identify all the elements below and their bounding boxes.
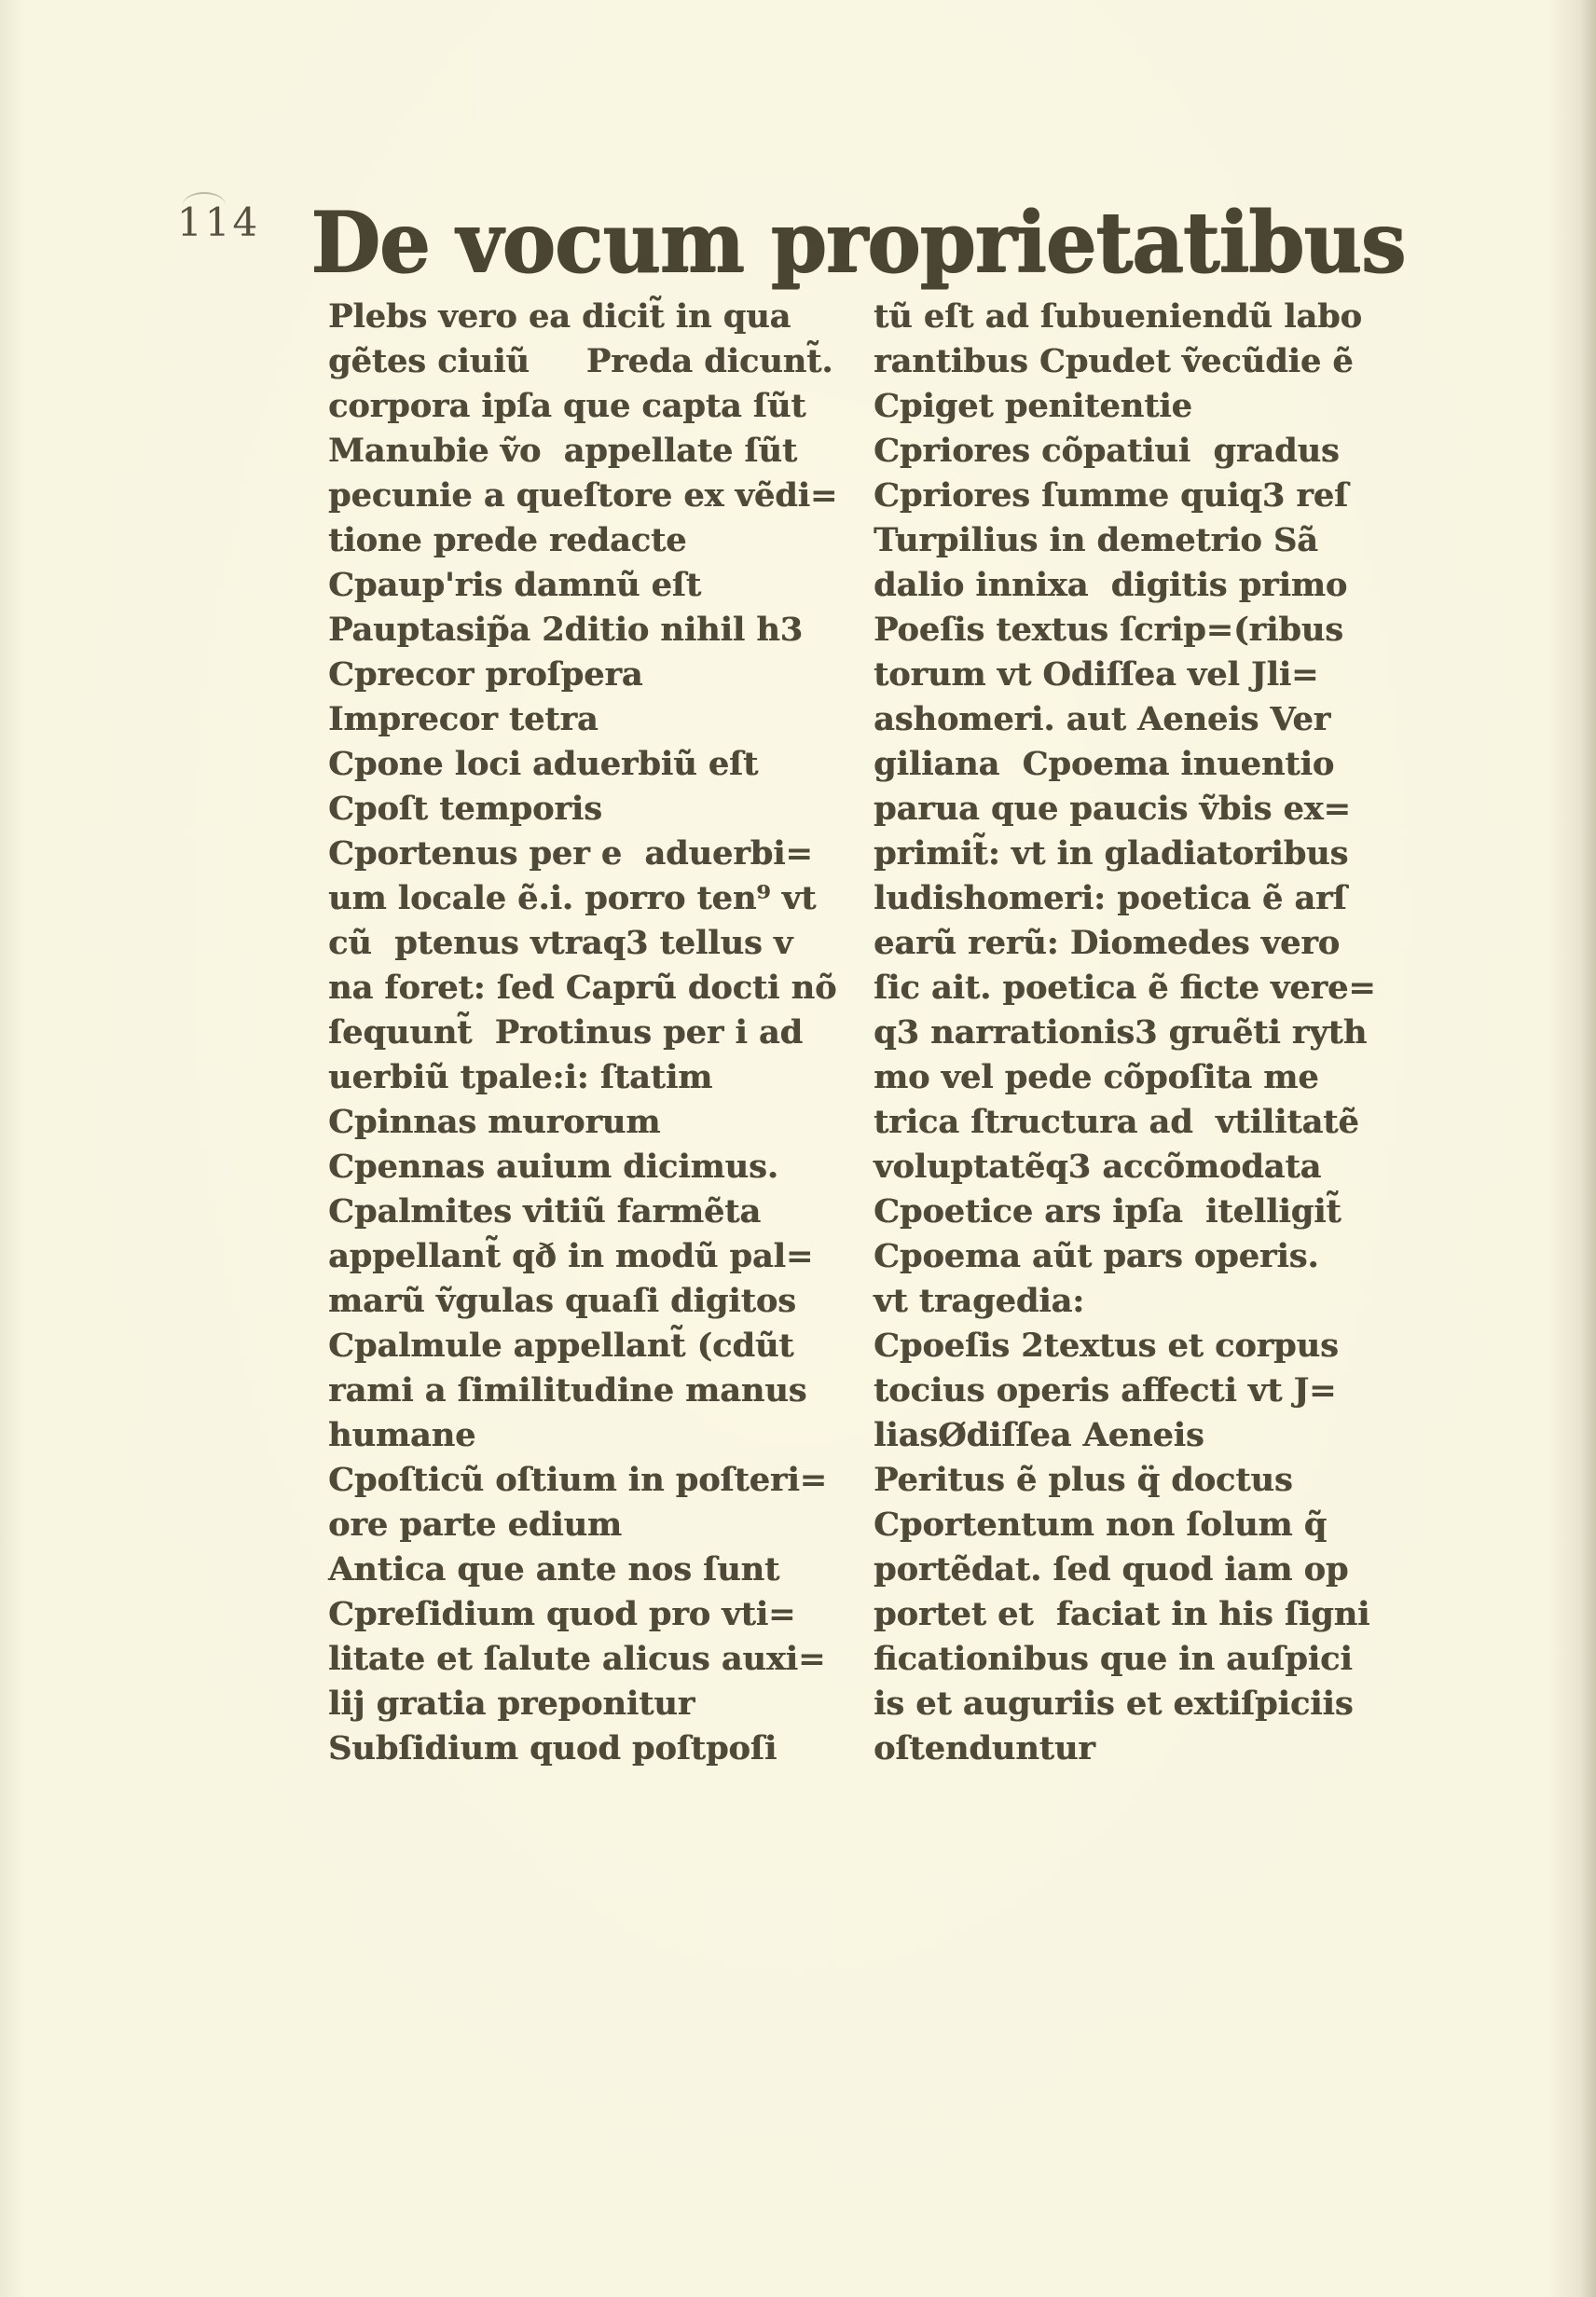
text-line: Cpoema aũt pars operis. xyxy=(874,1234,1417,1279)
text-line: Subſidium quod poſtpoſi xyxy=(328,1726,874,1771)
text-line: Cpennas auium dicimus. xyxy=(328,1145,874,1190)
text-line: corpora ipſa que capta ſũt xyxy=(328,384,874,429)
text-line: Antica que ante nos ſunt xyxy=(328,1547,874,1592)
text-line: giliana Cpoema inuentio xyxy=(874,742,1417,787)
text-line: ludishomeri: poetica ẽ arſ xyxy=(874,876,1417,921)
text-line: portẽdat. ſed quod iam op xyxy=(874,1547,1417,1592)
text-line: earũ rerũ: Diomedes vero xyxy=(874,921,1417,966)
text-line: portet et faciat in his ſigni xyxy=(874,1592,1417,1637)
text-line: Plebs vero ea dicit̃ in qua xyxy=(328,295,874,339)
incunabulum-page-scan: 114 De vocum proprietatibus Plebs vero e… xyxy=(0,0,1596,2297)
text-line: ſic ait. poetica ẽ ficte vere= xyxy=(874,966,1417,1011)
text-line: Cpaup'ris damnũ eſt xyxy=(328,563,874,608)
text-line: trica ſtructura ad vtilitatẽ xyxy=(874,1100,1417,1145)
text-line: Cpalmule appellant̃ (cdũt xyxy=(328,1324,874,1369)
text-columns: Plebs vero ea dicit̃ in quagẽtes ciuiũ P… xyxy=(328,295,1417,1771)
text-line: Cpoetice ars ipſa itelligit̃ xyxy=(874,1190,1417,1234)
text-line: ficationibus que in auſpici xyxy=(874,1637,1417,1682)
text-line: gẽtes ciuiũ Preda dicunt̃. xyxy=(328,339,874,384)
text-line: ſequunt̃ Protinus per i ad xyxy=(328,1011,874,1055)
text-line: Peritus ẽ plus q̈ doctus xyxy=(874,1458,1417,1503)
text-line: torum vt Odiſſea vel Jli= xyxy=(874,653,1417,697)
text-line: um locale ẽ.i. porro ten⁹ vt xyxy=(328,876,874,921)
text-line: Turpilius in demetrio Sã xyxy=(874,518,1417,563)
text-line: Cpriores cõpatiui gradus xyxy=(874,429,1417,474)
text-line: Manubie ṽo appellate ſũt xyxy=(328,429,874,474)
text-line: rami a ſimilitudine manus xyxy=(328,1369,874,1413)
text-line: Cportentum non ſolum q̃ xyxy=(874,1503,1417,1547)
text-line: liasØdiſſea Aeneis xyxy=(874,1413,1417,1458)
text-line: Cpoſt temporis xyxy=(328,787,874,832)
text-line: ore parte edium xyxy=(328,1503,874,1547)
text-line: na foret: ſed Caprũ docti nõ xyxy=(328,966,874,1011)
page-title: De vocum proprietatibus xyxy=(308,194,1408,292)
text-line: is et auguriis et extiſpiciis xyxy=(874,1682,1417,1726)
text-line: Cprecor proſpera xyxy=(328,653,874,697)
text-line: humane xyxy=(328,1413,874,1458)
text-line: Imprecor tetra xyxy=(328,697,874,742)
text-line: vt tragedia: xyxy=(874,1279,1417,1324)
text-line: tocius operis affecti vt J= xyxy=(874,1369,1417,1413)
text-line: q3 narrationis3 gruẽti ryth xyxy=(874,1011,1417,1055)
text-line: Cportenus per e aduerbi= xyxy=(328,832,874,876)
text-line: cũ ptenus vtraq3 tellus v xyxy=(328,921,874,966)
text-line: Cpreſidium quod pro vti= xyxy=(328,1592,874,1637)
text-line: dalio innixa digitis primo xyxy=(874,563,1417,608)
text-line: pecunie a queſtore ex vẽdi= xyxy=(328,474,874,518)
text-line: Cpoſticũ oſtium in poſteri= xyxy=(328,1458,874,1503)
left-column: Plebs vero ea dicit̃ in quagẽtes ciuiũ P… xyxy=(328,295,874,1771)
text-line: uerbiũ tpale:i: ſtatim xyxy=(328,1055,874,1100)
text-line: Cpoeſis 2textus et corpus xyxy=(874,1324,1417,1369)
text-line: tũ eſt ad ſubueniendũ labo xyxy=(874,295,1417,339)
text-line: primit̃: vt in gladiatoribus xyxy=(874,832,1417,876)
text-line: voluptatẽq3 accõmodata xyxy=(874,1145,1417,1190)
text-line: ashomeri. aut Aeneis Ver xyxy=(874,697,1417,742)
text-line: Cpinnas murorum xyxy=(328,1100,874,1145)
text-line: rantibus Cpudet ṽecũdie ẽ xyxy=(874,339,1417,384)
text-line: Cpriores ſumme quiq3 reſ xyxy=(874,474,1417,518)
right-column: tũ eſt ad ſubueniendũ laborantibus Cpude… xyxy=(874,295,1417,1771)
text-line: appellant̃ qð in modũ pal= xyxy=(328,1234,874,1279)
text-line: lij gratia preponitur xyxy=(328,1682,874,1726)
text-line: litate et ſalute alicus auxi= xyxy=(328,1637,874,1682)
text-line: tione prede redacte xyxy=(328,518,874,563)
text-line: Cpiget penitentie xyxy=(874,384,1417,429)
text-line: mo vel pede cõpoſita me xyxy=(874,1055,1417,1100)
text-line: Cpone loci aduerbiũ eſt xyxy=(328,742,874,787)
text-line: Poeſis textus ſcrip=(ribus xyxy=(874,608,1417,653)
text-line: Pauptasip̃a 2ditio nihil h3 xyxy=(328,608,874,653)
folio-number: 114 xyxy=(177,199,260,245)
text-line: parua que paucis ṽbis ex= xyxy=(874,787,1417,832)
text-line: marũ ṽgulas quaſi digitos xyxy=(328,1279,874,1324)
text-line: oſtenduntur xyxy=(874,1726,1417,1771)
text-line: Cpalmites vitiũ farmẽta xyxy=(328,1190,874,1234)
